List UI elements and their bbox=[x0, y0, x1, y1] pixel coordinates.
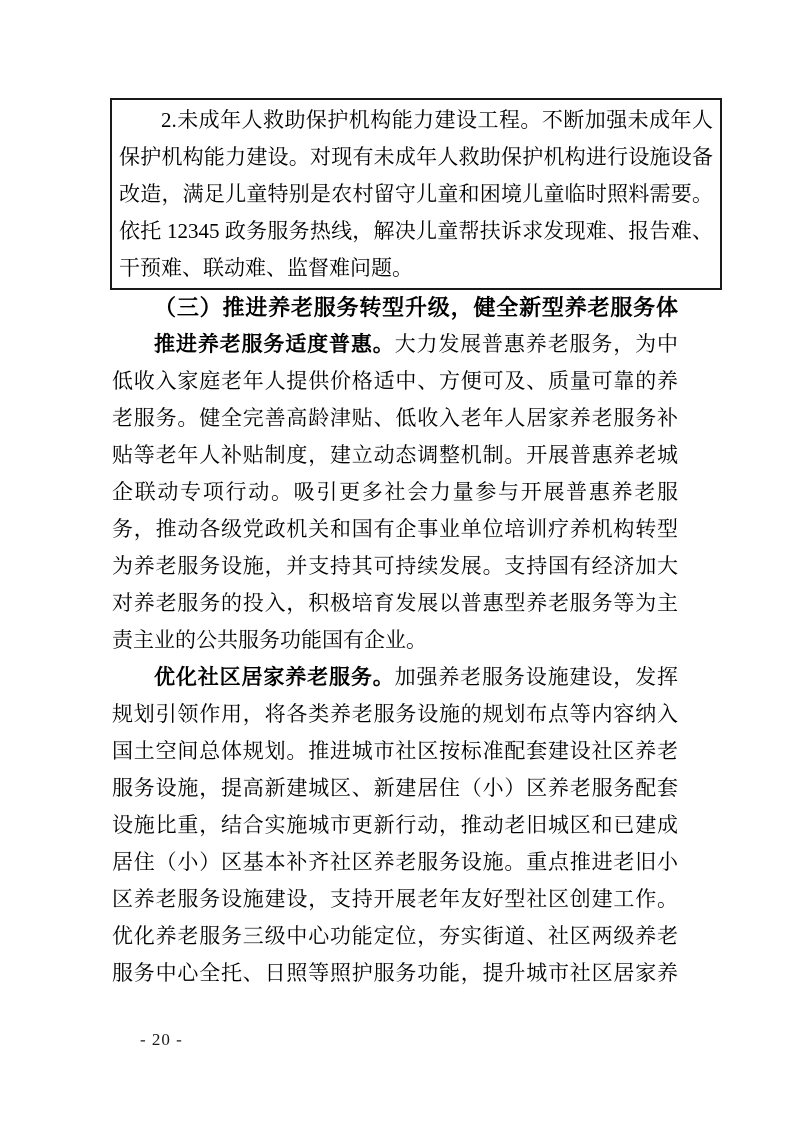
callout-line: 保护机构能力建设。对现有未成年人救助保护机构进行设施设备 bbox=[119, 139, 713, 176]
body-line: 低收入家庭老年人提供价格适中、方便可及、质量可靠的养 bbox=[112, 363, 678, 400]
body-line: 区养老服务设施建设，支持开展老年友好型社区创建工作。 bbox=[112, 881, 678, 918]
main-text-column: （三）推进养老服务转型升级，健全新型养老服务体系 推进养老服务适度普惠。大力发展… bbox=[112, 289, 678, 992]
body-line: 设施比重，结合实施城市更新行动，推动老旧城区和已建成 bbox=[112, 807, 678, 844]
body-line: 服务设施，提高新建城区、新建居住（小）区养老服务配套 bbox=[112, 770, 678, 807]
callout-line: 依托 12345 政务服务热线，解决儿童帮扶诉求发现难、报告难、 bbox=[119, 213, 713, 250]
paragraph-lead: 优化社区居家养老服务。 bbox=[154, 666, 395, 689]
callout-line: 改造，满足儿童特别是农村留守儿童和困境儿童临时照料需要。 bbox=[119, 176, 713, 213]
paragraph-lead: 推进养老服务适度普惠。 bbox=[154, 333, 395, 356]
body-line: 为养老服务设施，并支持其可持续发展。支持国有经济加大 bbox=[112, 548, 678, 585]
body-line-text: 加强养老服务设施建设，发挥 bbox=[395, 665, 678, 689]
paragraph-1: 推进养老服务适度普惠。大力发展普惠养老服务，为中 低收入家庭老年人提供价格适中、… bbox=[112, 326, 678, 659]
body-line: 居住（小）区基本补齐社区养老服务设施。重点推进老旧小 bbox=[112, 844, 678, 881]
page-number: - 20 - bbox=[140, 1030, 183, 1050]
body-line: 国土空间总体规划。推进城市社区按标准配套建设社区养老 bbox=[112, 733, 678, 770]
body-line: 推进养老服务适度普惠。大力发展普惠养老服务，为中 bbox=[112, 326, 678, 363]
section-heading: （三）推进养老服务转型升级，健全新型养老服务体系 bbox=[112, 289, 678, 326]
body-line: 贴等老年人补贴制度，建立动态调整机制。开展普惠养老城 bbox=[112, 437, 678, 474]
body-line: 企联动专项行动。吸引更多社会力量参与开展普惠养老服 bbox=[112, 474, 678, 511]
body-line: 优化养老服务三级中心功能定位，夯实街道、社区两级养老 bbox=[112, 918, 678, 955]
callout-box: 2.未成年人救助保护机构能力建设工程。不断加强未成年人 保护机构能力建设。对现有… bbox=[110, 98, 722, 290]
callout-line: 2.未成年人救助保护机构能力建设工程。不断加强未成年人 bbox=[119, 102, 713, 139]
paragraph-2: 优化社区居家养老服务。加强养老服务设施建设，发挥 规划引领作用，将各类养老服务设… bbox=[112, 659, 678, 992]
body-line: 优化社区居家养老服务。加强养老服务设施建设，发挥 bbox=[112, 659, 678, 696]
body-line: 服务中心全托、日照等照护服务功能，提升城市社区居家养 bbox=[112, 955, 678, 992]
body-line: 对养老服务的投入，积极培育发展以普惠型养老服务等为主 bbox=[112, 585, 678, 622]
body-line: 老服务。健全完善高龄津贴、低收入老年人居家养老服务补 bbox=[112, 400, 678, 437]
body-line: 责主业的公共服务功能国有企业。 bbox=[112, 622, 678, 659]
callout-line: 干预难、联动难、监督难问题。 bbox=[119, 250, 713, 287]
document-page: 2.未成年人救助保护机构能力建设工程。不断加强未成年人 保护机构能力建设。对现有… bbox=[0, 0, 793, 1122]
body-line: 务，推动各级党政机关和国有企事业单位培训疗养机构转型 bbox=[112, 511, 678, 548]
body-line: 规划引领作用，将各类养老服务设施的规划布点等内容纳入 bbox=[112, 696, 678, 733]
body-line-text: 大力发展普惠养老服务，为中 bbox=[395, 332, 678, 356]
